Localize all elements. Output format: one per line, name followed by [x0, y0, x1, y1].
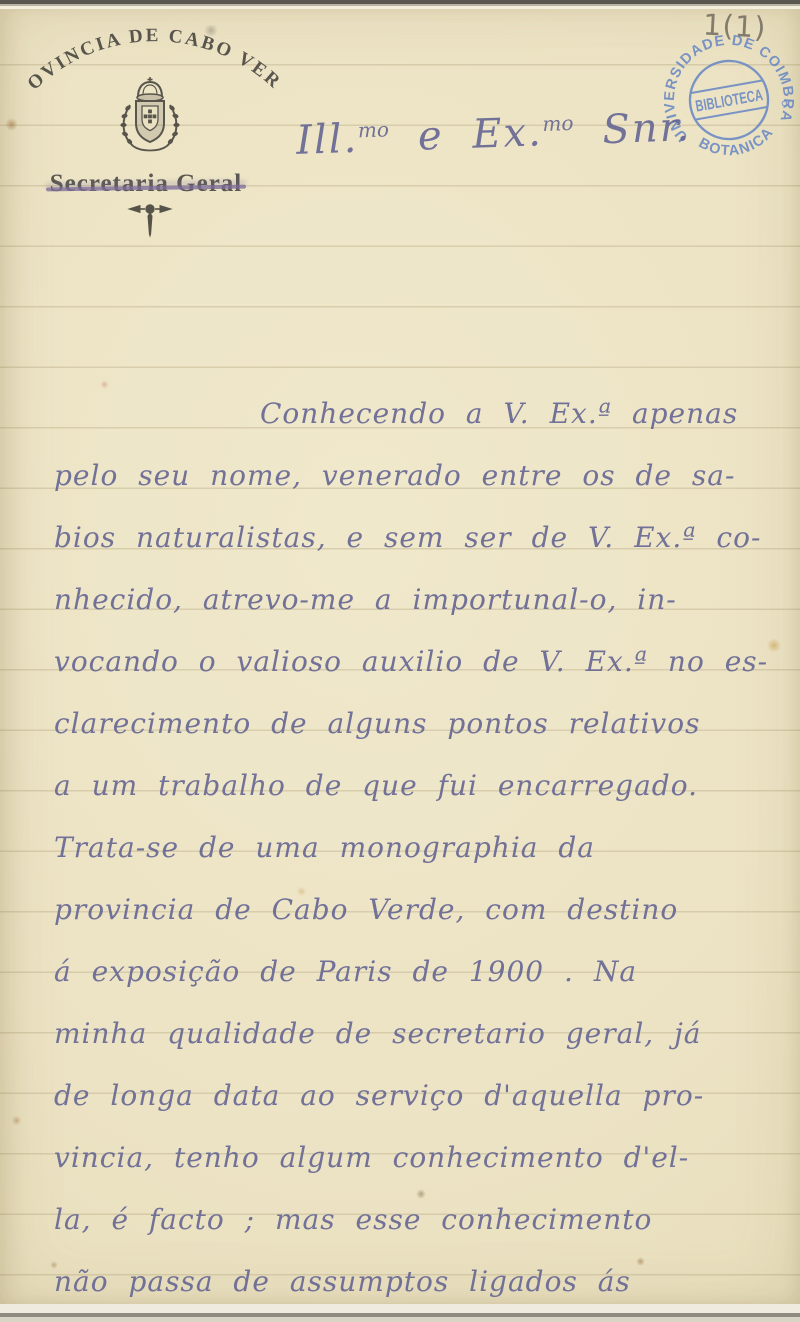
body-line: pelo seu nome, venerado entre os de sa-: [54, 447, 780, 509]
body-line: nhecido, atrevo-me a importunal-o, in-: [54, 571, 780, 633]
letter-body: Conhecendo a V. Ex.ª apenas pelo seu nom…: [54, 385, 780, 1306]
body-line: á exposição de Paris de 1900 . Na: [54, 943, 780, 1005]
salutation-part: Ill.: [295, 116, 359, 164]
body-line: Conhecendo a V. Ex.ª apenas: [54, 385, 780, 447]
svg-text:BOTANICA: BOTANICA: [694, 123, 780, 166]
salutation-part: e Ex.: [388, 109, 543, 160]
body-line: a um trabalho de que fui encarregado.: [54, 757, 780, 819]
department-name: Secretaria Geral: [48, 170, 244, 198]
scan-edge-top: [0, 0, 800, 9]
fleuron-ornament-icon: [127, 200, 173, 238]
body-line: de longa data ao serviço d'aquella pro-: [54, 1067, 780, 1129]
body-line: Trata-se de uma monographia da: [54, 819, 780, 881]
scanned-letter-page: { "page": { "annotation": "1(1)" }, "let…: [0, 0, 800, 1322]
salutation-part: Snr.: [573, 104, 692, 154]
foxing-stain: [6, 117, 17, 132]
scan-edge-bottom: [0, 1304, 800, 1322]
body-line: clarecimento de alguns pontos relativos: [54, 695, 780, 757]
body-line: la, é facto ; mas esse conhecimento: [54, 1191, 780, 1253]
coat-of-arms-icon: [98, 75, 202, 175]
stamp-bottom-text: BOTANICA: [694, 123, 780, 166]
body-line: provincia de Cabo Verde, com destino: [54, 881, 780, 943]
body-line: vocando o valioso auxilio de V. Ex.ª no …: [54, 633, 780, 695]
body-line: não passa de assumptos ligados ás: [54, 1253, 780, 1306]
body-line: minha qualidade de secretario geral, já: [54, 1005, 780, 1067]
paper-sheet: PROVINCIA DE CABO VERDE: [0, 5, 800, 1306]
foxing-stain: [12, 1115, 21, 1126]
salutation-superscript: mo: [357, 117, 389, 142]
body-line: bios naturalistas, e sem ser de V. Ex.ª …: [54, 509, 780, 571]
body-line: vincia, tenho algum conhecimento d'el-: [54, 1129, 780, 1191]
salutation-superscript: mo: [542, 111, 574, 136]
